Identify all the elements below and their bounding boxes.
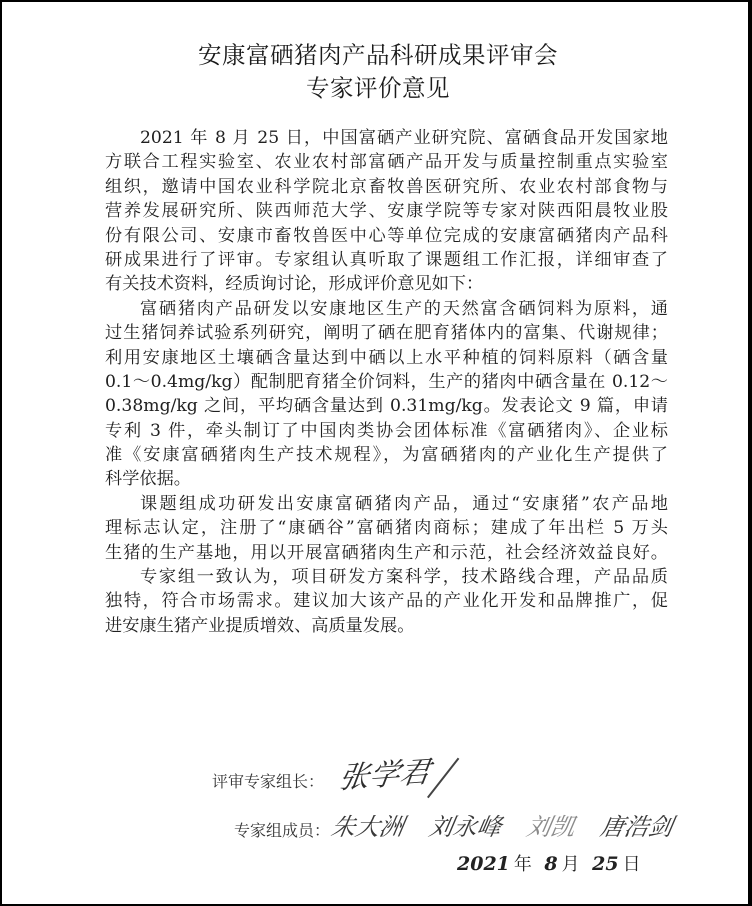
document-subtitle: 专家评价意见 — [2, 74, 752, 102]
member-signature: 唐浩剑 — [598, 813, 675, 841]
paragraph-product-development: 课题组成功研发出安康富硒猪肉产品，通过“安康猪”农产品地 理标志认定，注册了“康… — [105, 492, 668, 565]
text-line: 准《安康富硒猪肉生产技术规程》，为富硒猪肉的产业化生产提供了 — [105, 443, 668, 467]
text-line: 有关技术资料，经质询讨论，形成评价意见如下： — [105, 272, 668, 296]
date-day: 25 — [592, 853, 618, 875]
paragraph-expert-conclusion: 专家组一致认为，项目研发方案科学，技术路线合理，产品品质 独特，符合市场需求。建… — [105, 565, 668, 638]
document-title: 安康富硒猪肉产品科研成果评审会 — [2, 41, 752, 69]
document-page: 安康富硒猪肉产品科研成果评审会 专家评价意见 2021 年 8 月 25 日，中… — [0, 0, 752, 906]
text-line: 科学依据。 — [105, 467, 668, 491]
text-line: 生猪的生产基地，用以开展富硒猪肉生产和示范，社会经济效益良好。 — [105, 541, 668, 565]
text-line: 0.1～0.4mg/kg）配制肥育猪全价饲料，生产的猪肉中硒含量在 0.12～ — [105, 370, 668, 394]
text-line: 课题组成功研发出安康富硒猪肉产品，通过“安康猪”农产品地 — [105, 492, 668, 516]
text-line: 2021 年 8 月 25 日，中国富硒产业研究院、富硒食品开发国家地 — [105, 126, 668, 150]
text-line: 组织，邀请中国农业科学院北京畜牧兽医研究所、农业农村部食物与 — [105, 175, 668, 199]
member-signature: 刘凯 — [524, 813, 577, 841]
text-line: 0.38mg/kg 之间，平均硒含量达到 0.31mg/kg。发表论文 9 篇，… — [105, 394, 668, 418]
signature-date: 2021年 8月 25日 — [457, 850, 649, 876]
text-line: 进安康生猪产业提质增效、高质量发展。 — [105, 614, 668, 638]
member-signatures: 朱大洲 刘永峰 刘凯 唐浩剑 — [329, 807, 694, 842]
text-line: 富硒猪肉产品研发以安康地区生产的天然富含硒饲料为原料，通 — [105, 297, 668, 321]
date-year-suffix: 年 — [514, 854, 532, 875]
date-year: 2021 — [457, 853, 510, 875]
paragraph-meeting-intro: 2021 年 8 月 25 日，中国富硒产业研究院、富硒食品开发国家地 方联合工… — [105, 126, 668, 297]
date-day-suffix: 日 — [623, 854, 641, 875]
text-line: 理标志认定，注册了“康硒谷”富硒猪肉商标；建成了年出栏 5 万头 — [105, 516, 668, 540]
leader-label: 评审专家组长： — [212, 769, 324, 792]
text-line: 利用安康地区土壤硒含量达到中硒以上水平种植的饲料原料（硒含量 — [105, 346, 668, 370]
date-month-suffix: 月 — [562, 854, 580, 875]
text-line: 过生猪饲养试验系列研究，阐明了硒在肥育猪体内的富集、代谢规律； — [105, 321, 668, 345]
leader-signature: 张学君 — [336, 747, 433, 797]
text-line: 份有限公司、安康市畜牧兽医中心等单位完成的安康富硒猪肉产品科 — [105, 224, 668, 248]
paragraph-research-results: 富硒猪肉产品研发以安康地区生产的天然富含硒饲料为原料，通 过生猪饲养试验系列研究… — [105, 297, 668, 492]
member-signature: 刘永峰 — [427, 813, 504, 841]
text-line: 方联合工程实验室、农业农村部富硒产品开发与质量控制重点实验室 — [105, 150, 668, 174]
members-label: 专家组成员： — [234, 818, 330, 841]
document-body: 2021 年 8 月 25 日，中国富硒产业研究院、富硒食品开发国家地 方联合工… — [105, 126, 668, 638]
text-line: 营养发展研究所、陕西师范大学、安康学院等专家对陕西阳晨牧业股 — [105, 199, 668, 223]
signature-flourish — [427, 758, 459, 799]
date-month: 8 — [544, 853, 557, 875]
text-line: 独特，符合市场需求。建议加大该产品的产业化开发和品牌推广，促 — [105, 589, 668, 613]
text-line: 专家组一致认为，项目研发方案科学，技术路线合理，产品品质 — [105, 565, 668, 589]
member-signature: 朱大洲 — [329, 813, 406, 841]
text-line: 研成果进行了评审。专家组认真听取了课题组工作汇报，详细审查了 — [105, 248, 668, 272]
text-line: 专利 3 件，牵头制订了中国肉类协会团体标准《富硒猪肉》、企业标 — [105, 419, 668, 443]
